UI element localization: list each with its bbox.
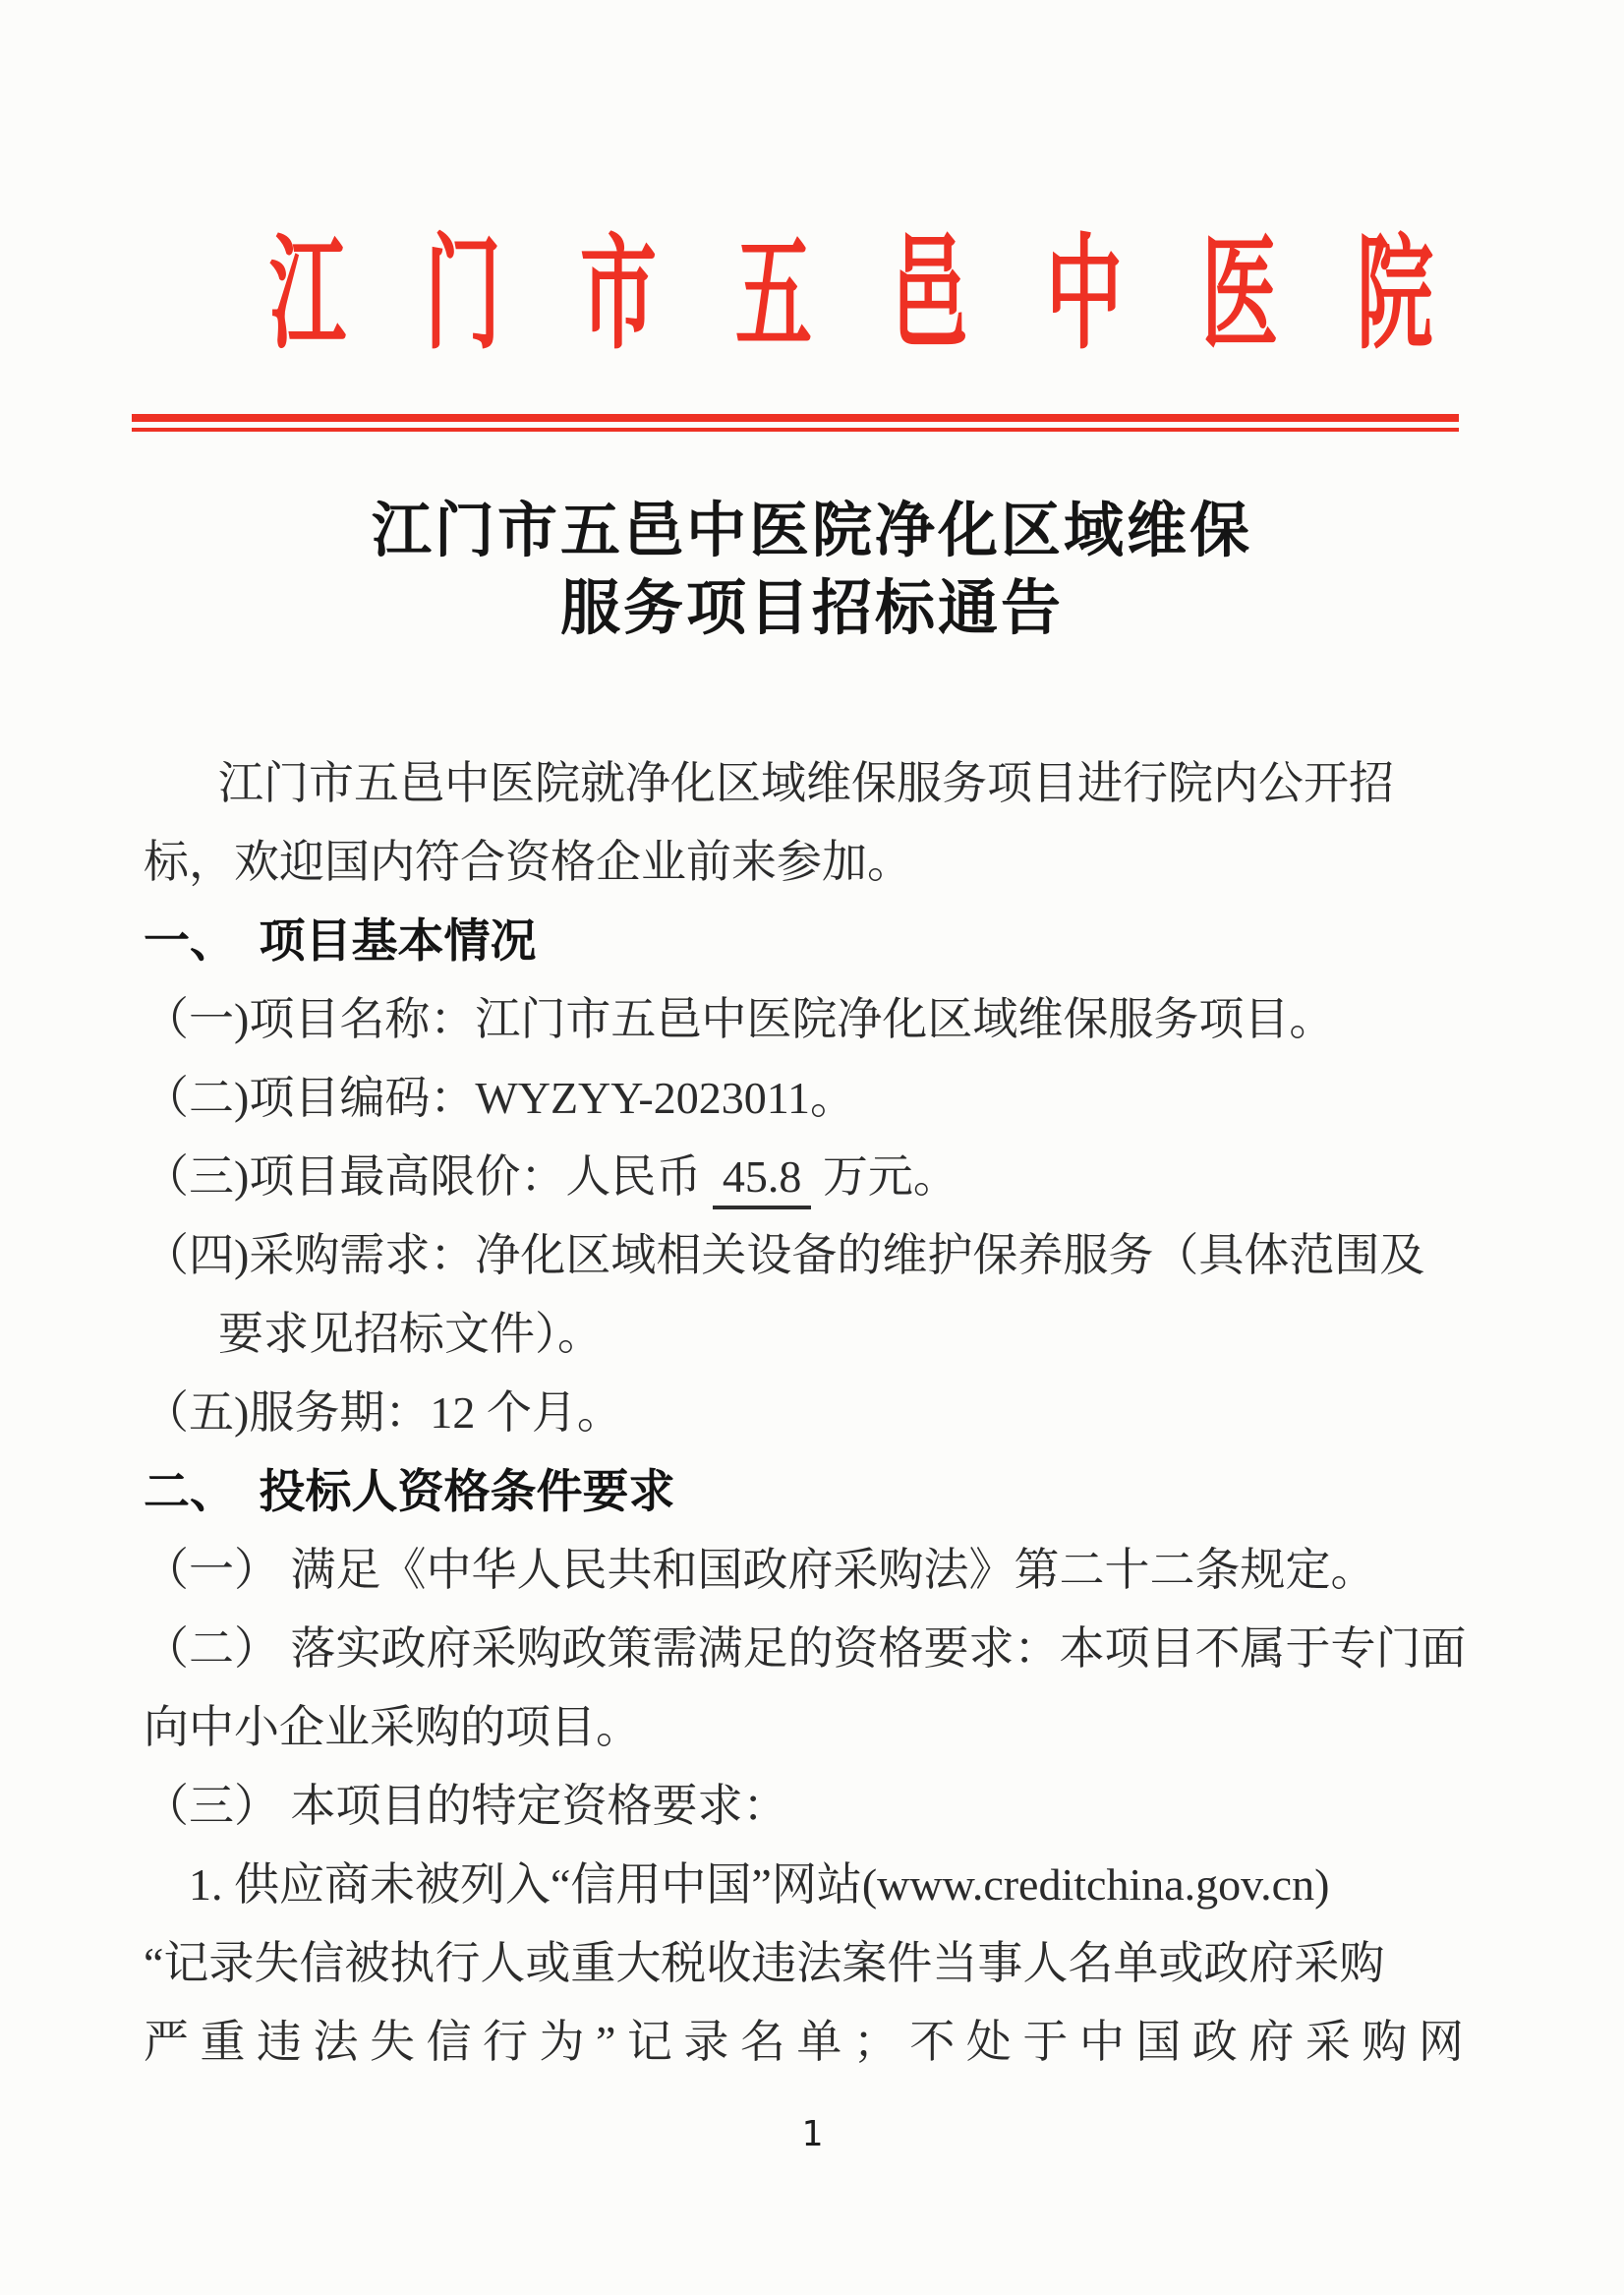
section1-item3-price-limit: （三)项目最高限价：人民币 45.8 万元。	[144, 1138, 1436, 1216]
section1-item2-project-code: （二)项目编码：WYZYY-2023011。	[144, 1059, 1436, 1138]
section2-item3-sub1-line3: 严重违法失信行为”记录名单；不处于中国政府采购网	[144, 2003, 1436, 2082]
document-title-line1: 江门市五邑中医院净化区域维保	[0, 492, 1624, 569]
letterhead-title: 江门市五邑中医院	[0, 233, 1624, 310]
price-limit-prefix: （三)项目最高限价：人民币	[144, 1151, 713, 1202]
page-number: 1	[0, 2114, 1624, 2154]
document-title-line2: 服务项目招标通告	[0, 569, 1624, 647]
intro-line-1: 江门市五邑中医院就净化区域维保服务项目进行院内公开招	[144, 744, 1436, 823]
section2-heading: 二、 投标人资格条件要求	[144, 1452, 1436, 1531]
section2-item3-specific-requirements: （三） 本项目的特定资格要求：	[144, 1767, 1436, 1846]
section2-item2-line1-policy: （二） 落实政府采购政策需满足的资格要求：本项目不属于专门面	[144, 1610, 1436, 1688]
section1-item5-service-period: （五)服务期：12 个月。	[144, 1374, 1436, 1452]
document-page: 江门市五邑中医院 江门市五邑中医院净化区域维保 服务项目招标通告 江门市五邑中医…	[0, 0, 1624, 2295]
section1-item4-line1-procurement-need: （四)采购需求：净化区域相关设备的维护保养服务（具体范围及	[144, 1216, 1436, 1295]
price-limit-suffix: 万元。	[811, 1151, 958, 1202]
document-body: 江门市五邑中医院就净化区域维保服务项目进行院内公开招 标，欢迎国内符合资格企业前…	[144, 744, 1436, 2082]
section1-heading: 一、 项目基本情况	[144, 902, 1436, 980]
price-limit-value-underlined: 45.8	[713, 1152, 812, 1209]
section2-item2-line2: 向中小企业采购的项目。	[144, 1688, 1436, 1767]
document-title: 江门市五邑中医院净化区域维保 服务项目招标通告	[0, 492, 1624, 647]
section1-item1-project-name: （一)项目名称：江门市五邑中医院净化区域维保服务项目。	[144, 980, 1436, 1059]
section2-item3-sub1-line1-creditchina: 1. 供应商未被列入“信用中国”网站(www.creditchina.gov.c…	[144, 1846, 1436, 1924]
intro-line-2: 标，欢迎国内符合资格企业前来参加。	[144, 823, 1436, 902]
letterhead-divider	[132, 414, 1459, 432]
section2-item3-sub1-line2: “记录失信被执行人或重大税收违法案件当事人名单或政府采购	[144, 1924, 1436, 2003]
section2-item1-law: （一） 满足《中华人民共和国政府采购法》第二十二条规定。	[144, 1531, 1436, 1610]
letterhead-title-text: 江门市五邑中医院	[191, 233, 1512, 357]
section1-item4-line2: 要求见招标文件）。	[144, 1295, 1436, 1374]
